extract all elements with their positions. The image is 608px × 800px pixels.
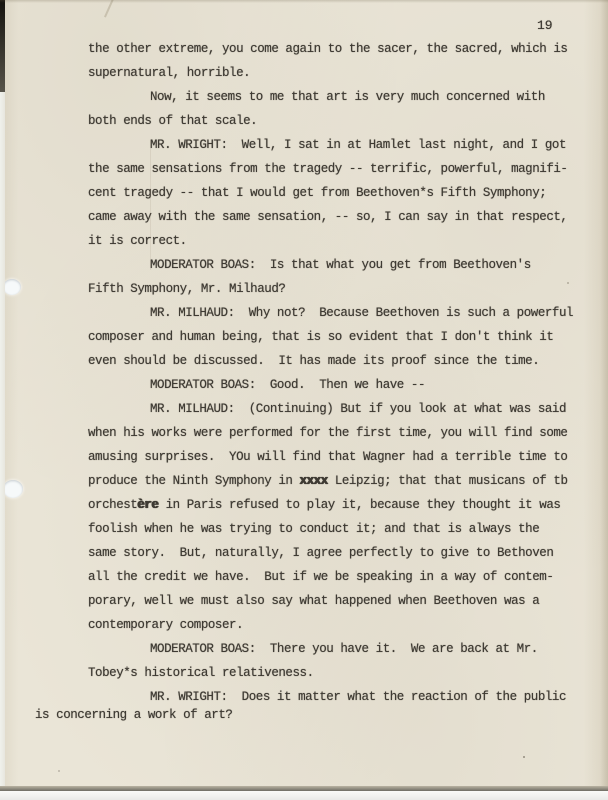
typescript-text-block: the other extreme, you come again to the… — [88, 37, 588, 727]
scan-edge-top — [0, 0, 608, 3]
typescript-line: the same sensations from the tragedy -- … — [88, 157, 588, 181]
typescript-line: contemporary composer. — [88, 613, 588, 637]
scan-edge-bottom — [0, 791, 608, 800]
typescript-line: all the credit we have. But if we be spe… — [88, 565, 588, 589]
paper-speck — [58, 770, 60, 772]
paper-crease-middle — [150, 140, 151, 270]
typescript-line: porary, well we must also say what happe… — [88, 589, 588, 613]
typescript-line-segment: orchest — [88, 498, 137, 512]
typescript-line: MODERATOR BOAS: Is that what you get fro… — [88, 253, 588, 277]
typescript-line: supernatural, horrible. — [88, 61, 588, 85]
typescript-line: composer and human being, that is so evi… — [88, 325, 588, 349]
typescript-line: same story. But, naturally, I agree perf… — [88, 541, 588, 565]
paper-speck — [567, 282, 569, 284]
typescript-line: MODERATOR BOAS: Good. Then we have -- — [88, 373, 588, 397]
page-number: 19 — [537, 18, 553, 33]
typescript-line-segment: in Paris refused to play it, because the… — [159, 498, 561, 512]
typescript-line: MR. MILHAUD: Why not? Because Beethoven … — [88, 301, 588, 325]
scan-edge-right — [600, 0, 608, 800]
typescript-line-segment: produce the Ninth Symphony in — [88, 474, 300, 488]
scan-edge-left-dark — [0, 0, 5, 92]
typescript-line: Now, it seems to me that art is very muc… — [88, 85, 588, 109]
typescript-line: when his works were performed for the fi… — [88, 421, 588, 445]
typescript-line: Tobey*s historical relativeness. — [88, 661, 588, 685]
typescript-line: Fifth Symphony, Mr. Milhaud? — [88, 277, 588, 301]
typescript-line: came away with the same sensation, -- so… — [88, 205, 588, 229]
typescript-line: MODERATOR BOAS: There you have it. We ar… — [88, 637, 588, 661]
paper-speck — [523, 756, 525, 758]
scan-edge-left — [0, 0, 5, 800]
scanned-typescript-page: 19 the other extreme, you come again to … — [0, 0, 608, 800]
typescript-line: the other extreme, you come again to the… — [88, 37, 588, 61]
typescript-line: foolish when he was trying to conduct it… — [88, 517, 588, 541]
typescript-line: orchestère in Paris refused to play it, … — [88, 493, 588, 517]
typescript-line: MR. MILHAUD: (Continuing) But if you loo… — [88, 397, 588, 421]
typescript-line-segment: Leipzig; that that musicans of tb — [328, 474, 568, 488]
typescript-line: even should be discussed. It has made it… — [88, 349, 588, 373]
typescript-line: amusing surprises. YOu will find that Wa… — [88, 445, 588, 469]
overstruck-text: xxxx — [300, 474, 328, 488]
typescript-line: MR. WRIGHT: Well, I sat in at Hamlet las… — [88, 133, 588, 157]
overstruck-text: ère — [137, 498, 158, 512]
typescript-line: produce the Ninth Symphony in xxxx Leipz… — [88, 469, 588, 493]
punch-hole-top — [3, 279, 21, 295]
typescript-line: cent tragedy -- that I would get from Be… — [88, 181, 588, 205]
typescript-line: it is correct. — [88, 229, 588, 253]
punch-hole-bottom — [3, 480, 23, 498]
typescript-line: both ends of that scale. — [88, 109, 588, 133]
